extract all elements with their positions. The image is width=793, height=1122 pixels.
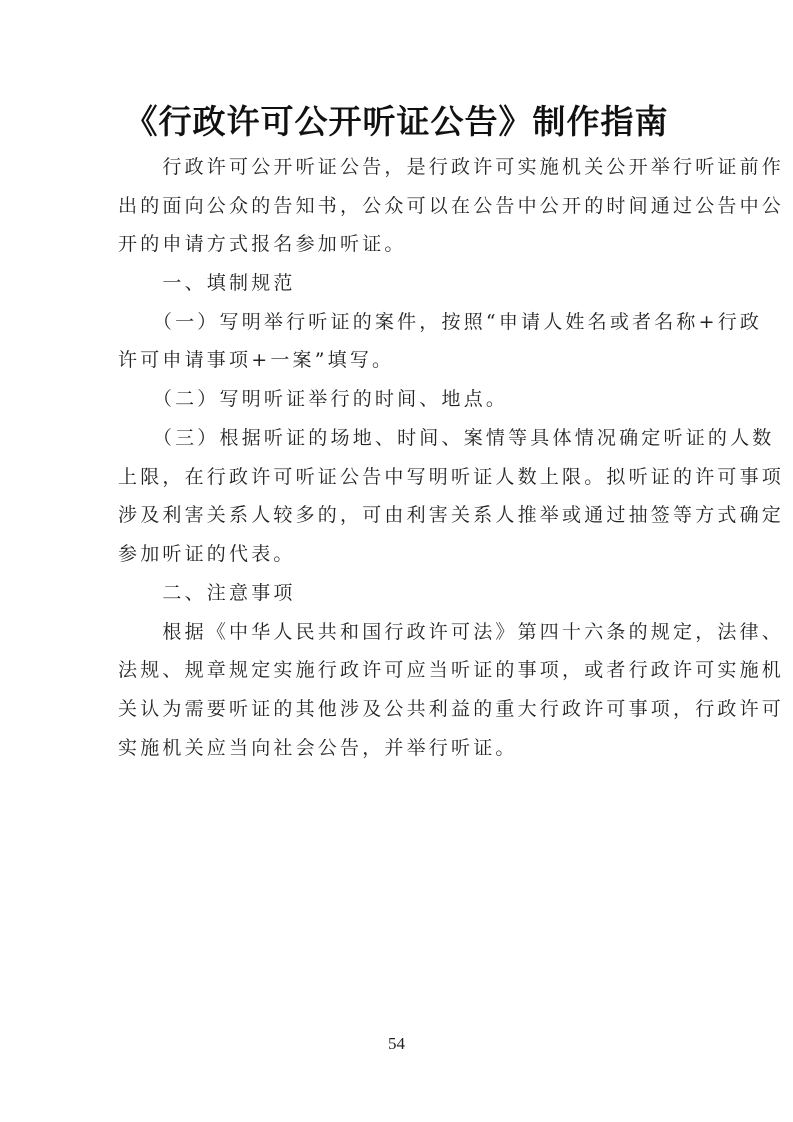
- rule-3-line-4: 参加听证的代表。: [118, 539, 678, 566]
- intro-line-3: 开的申请方式报名参加听证。: [118, 229, 678, 256]
- section-heading-filling-rules: 一、填制规范: [118, 268, 678, 295]
- rule-1-line-2: 许可申请事项+一案”填写。: [118, 345, 678, 372]
- rule-3-line-1: （三）根据听证的场地、时间、案情等具体情况确定听证的人数: [118, 423, 678, 450]
- notes-line-4: 实施机关应当向社会公告，并举行听证。: [118, 733, 678, 760]
- rule-3-line-2: 上限，在行政许可听证公告中写明听证人数上限。拟听证的许可事项: [118, 462, 678, 489]
- page-number: 54: [0, 1034, 793, 1054]
- rule-3-line-3: 涉及利害关系人较多的，可由利害关系人推举或通过抽签等方式确定: [118, 500, 678, 527]
- notes-line-3: 关认为需要听证的其他涉及公共利益的重大行政许可事项，行政许可: [118, 694, 678, 721]
- rule-1-line-1: （一）写明举行听证的案件，按照“申请人姓名或者名称+行政: [118, 307, 678, 334]
- notes-line-2: 法规、规章规定实施行政许可应当听证的事项，或者行政许可实施机: [118, 655, 678, 682]
- notes-line-1: 根据《中华人民共和国行政许可法》第四十六条的规定，法律、: [118, 617, 678, 644]
- intro-line-2: 出的面向公众的告知书，公众可以在公告中公开的时间通过公告中公: [118, 191, 678, 218]
- rule-2-line-1: （二）写明听证举行的时间、地点。: [118, 384, 678, 411]
- document-title: 《行政许可公开听证公告》制作指南: [0, 96, 793, 143]
- section-heading-notes: 二、注意事项: [118, 578, 678, 605]
- intro-line-1: 行政许可公开听证公告，是行政许可实施机关公开举行听证前作: [118, 152, 678, 179]
